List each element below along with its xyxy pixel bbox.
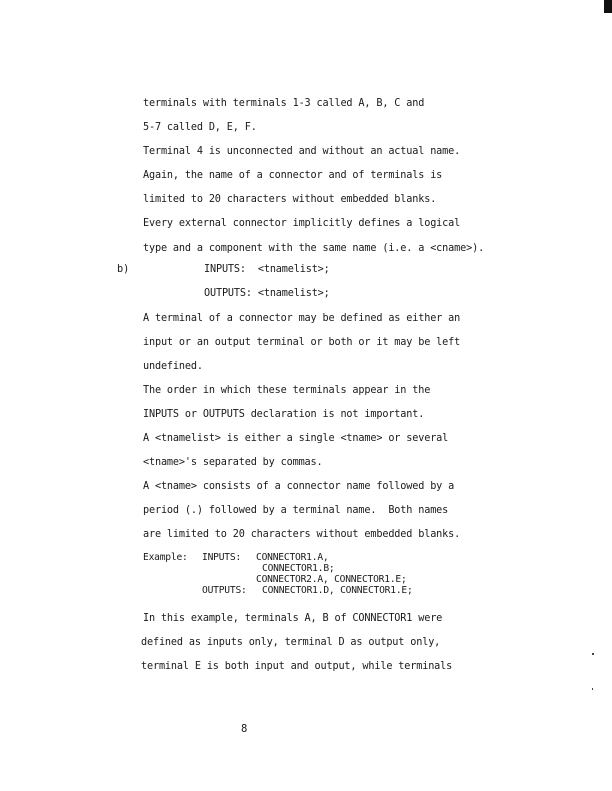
example-inputs-line: CONNECTOR2.A, CONNECTOR1.E; (256, 574, 407, 585)
example-inputs-line: CONNECTOR1.A, (256, 552, 329, 563)
example-inputs-line: CONNECTOR1.B; (262, 563, 335, 574)
scan-speck (592, 688, 593, 690)
closing-line: terminal E is both input and output, whi… (141, 661, 452, 673)
body-line: period (.) followed by a terminal name. … (143, 505, 448, 517)
body-line: A <tnamelist> is either a single <tname>… (143, 433, 448, 445)
outputs-declaration: OUTPUTS: <tnamelist>; (204, 288, 330, 300)
closing-line: In this example, terminals A, B of CONNE… (143, 613, 442, 625)
page-number: 8 (241, 723, 247, 735)
body-line: undefined. (143, 361, 203, 373)
example-inputs-label: INPUTS: (202, 552, 241, 563)
example-label: Example: (143, 552, 188, 563)
scan-corner-mark (604, 0, 612, 13)
paragraph-line: Terminal 4 is unconnected and without an… (143, 146, 460, 158)
body-line: are limited to 20 characters without emb… (143, 529, 460, 541)
body-line: <tname>'s separated by commas. (143, 457, 323, 469)
paragraph-line: terminals with terminals 1-3 called A, B… (143, 98, 424, 110)
body-line: The order in which these terminals appea… (143, 385, 430, 397)
section-label: b) (117, 264, 129, 275)
example-outputs-line: CONNECTOR1.D, CONNECTOR1.E; (262, 585, 413, 596)
paragraph-line: Every external connector implicitly defi… (143, 218, 460, 230)
document-page: terminals with terminals 1-3 called A, B… (0, 0, 612, 791)
paragraph-line: type and a component with the same name … (143, 243, 484, 255)
scan-speck (592, 653, 594, 655)
body-line: INPUTS or OUTPUTS declaration is not imp… (143, 409, 424, 421)
inputs-declaration: INPUTS: <tnamelist>; (204, 264, 330, 276)
paragraph-line: limited to 20 characters without embedde… (143, 194, 436, 206)
body-line: input or an output terminal or both or i… (143, 337, 460, 349)
paragraph-line: Again, the name of a connector and of te… (143, 170, 442, 182)
body-line: A <tname> consists of a connector name f… (143, 481, 454, 493)
paragraph-line: 5-7 called D, E, F. (143, 122, 257, 134)
body-line: A terminal of a connector may be defined… (143, 313, 460, 325)
closing-line: defined as inputs only, terminal D as ou… (141, 637, 440, 649)
example-outputs-label: OUTPUTS: (202, 585, 247, 596)
